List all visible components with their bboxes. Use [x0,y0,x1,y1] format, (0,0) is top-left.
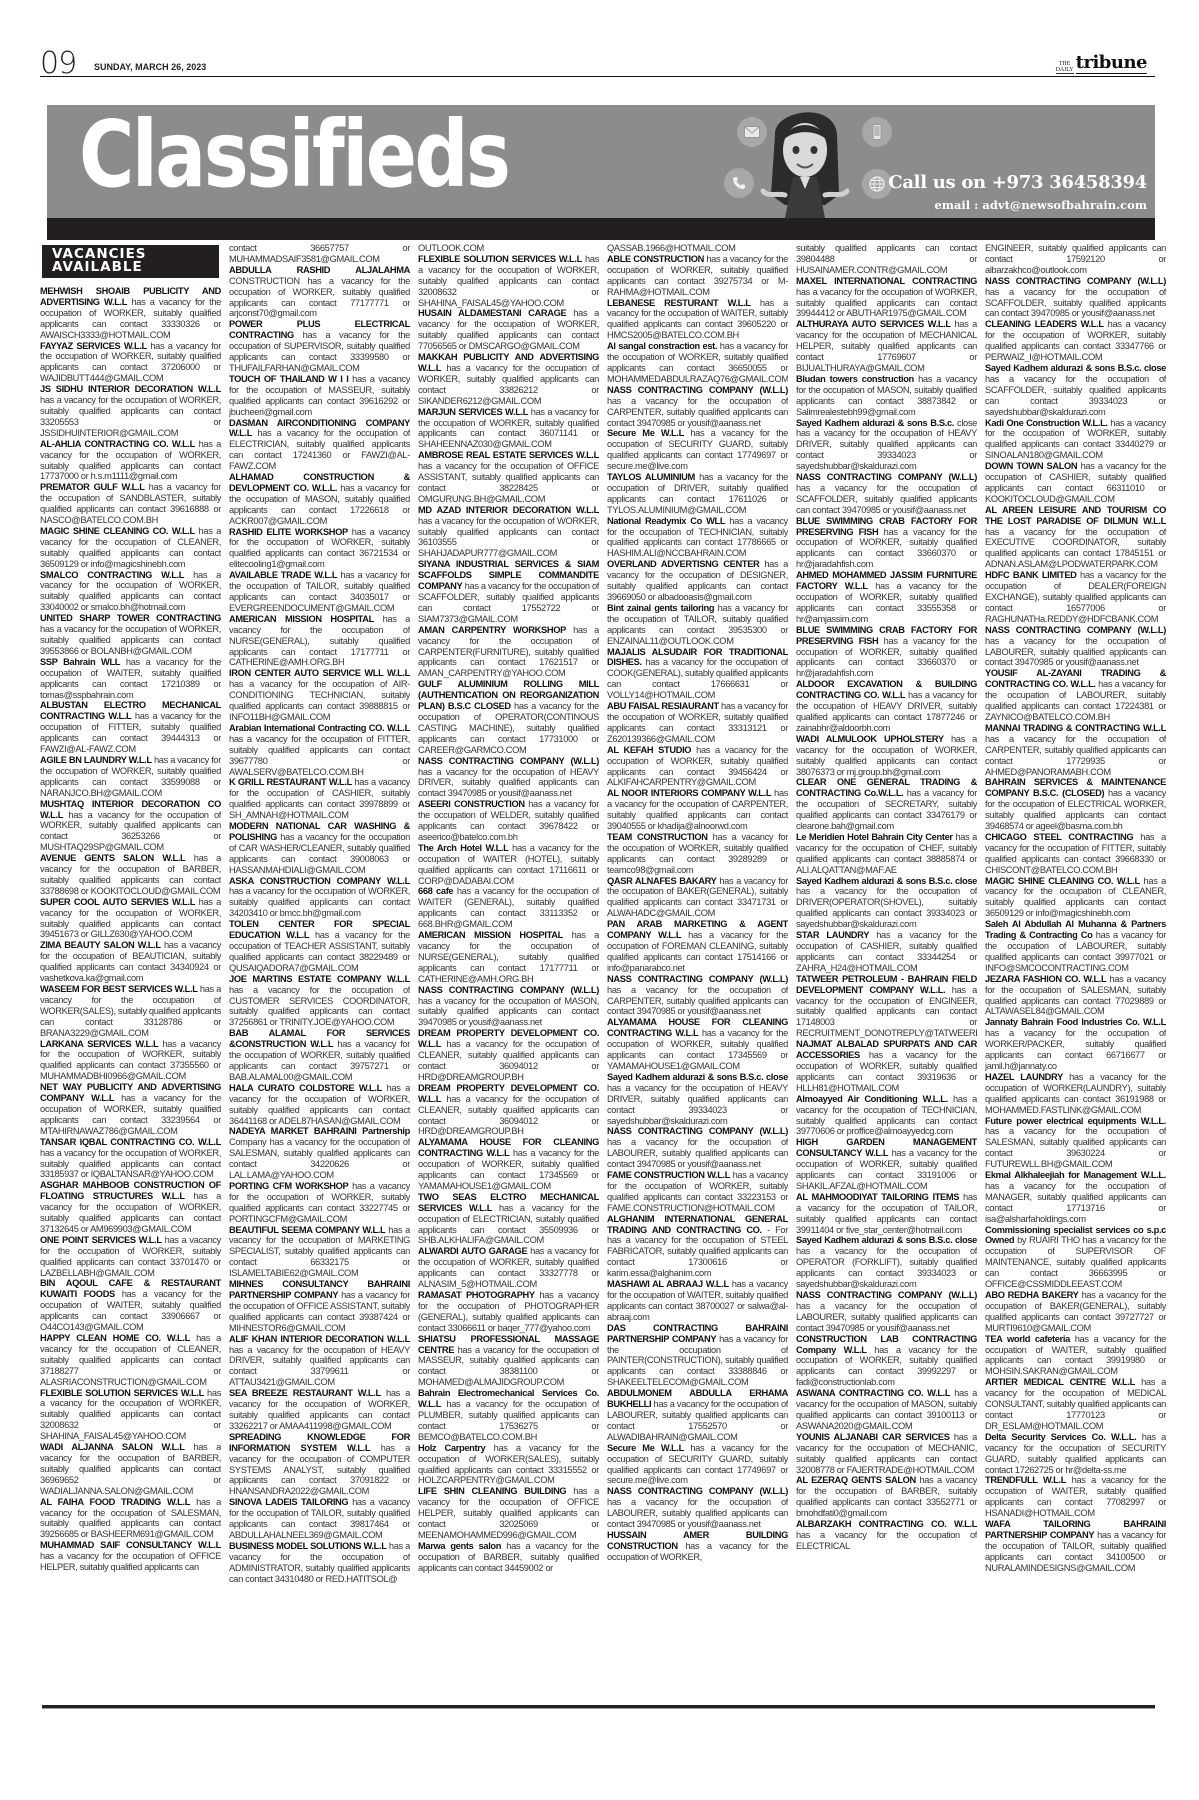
ad-text: has a vacancy for the occupation of PLUM… [418,1399,599,1442]
classified-ad: ABDULLA RASHID ALJALAHMA CONSTRUCTION ha… [229,265,410,320]
classified-ad: WASEEM FOR BEST SERVICES W.L.L has a vac… [40,984,221,1039]
classified-ad: CHICAGO STEEL CONTRACTING has a vacancy … [985,832,1166,876]
company-name: MARJUN SERVICES W.L.L [418,407,528,417]
company-name: ALWARDI AUTO GARAGE [418,1246,527,1256]
ad-text: has a vacancy for the occupation of WORK… [229,886,410,918]
classifieds-banner: Classifieds Call us on +973 36458394 ema… [47,105,1155,218]
company-name: AVENUE GENTS SALON W.L.L [40,853,185,863]
ad-text: has a vacancy for the occupation of WORK… [40,624,221,656]
classified-ad: NASS CONTRACTING COMPANY (W.L.L) has a v… [607,1126,788,1170]
company-name: ABDULLA RASHID ALJALAHMA [229,265,410,275]
company-name: 668 cafe [418,886,453,896]
ad-text: has a vacancy for the occupation of SCAF… [796,483,977,515]
ad-text: has a vacancy for the occupation of CARP… [985,734,1166,777]
classified-ad: ALWARDI AUTO GARAGE has a vacancy for th… [418,1246,599,1290]
classified-ad: BLUE SWIMMING CRAB FACTORY FOR PRESERVIN… [796,625,977,680]
classified-ad: Sayed Kadhem aldurazi & sons B.S.c. clos… [985,363,1166,418]
ad-text: contact 36657757 or MUHAMMADSAIF3581@GMA… [229,243,410,264]
ad-text: has a vacancy for the occupation of WORK… [40,1148,221,1180]
ad-text: has a vacancy for the occupation of CARP… [607,396,788,428]
company-name: Arabian International Contracting CO. W.… [229,723,410,733]
company-name: AMAN CARPENTRY WORKSHOP [418,625,566,635]
ad-text: has a vacancy for the occupation of CUST… [229,985,410,1028]
classified-ad: TATWEER PETROLEUM - BAHRAIN FIELD DEVELO… [796,974,977,1039]
classified-ad: LIFE SHIN CLEANING BUILDING has a vacanc… [418,1486,599,1541]
classified-ad: SPREADING KNOWLEDGE FOR INFORMATION SYST… [229,1432,410,1497]
ad-text: has a vacancy for the occupation of CLEA… [418,1094,599,1137]
classified-ad: MAGIC SHINE CLEANING CO. W.L.L has a vac… [40,526,221,570]
classified-ad: QASSAB.1966@HOTMAIL.COM [607,243,788,254]
company-name: TEA world cafeteria [985,1334,1070,1344]
classified-ad: Secure Me W.L.L has a vacancy for the oc… [607,428,788,472]
classified-ad: DAS CONTRACTING BAHRAINI PARTNERSHIP COM… [607,1323,788,1388]
company-name: TRENDFULL W.L.L [985,1475,1066,1485]
classified-ad: DREAM PROPERTY DEVELOPMENT CO. W.L.L has… [418,1028,599,1083]
ad-text: has a vacancy for the occupation of WORK… [796,287,977,319]
ad-text: has a vacancy for the occupation of ELEC… [229,428,410,471]
classified-ad: OVERLAND ADVERTISNG CENTER has a vacancy… [607,559,788,603]
classified-ad: AHMED MOHAMMED JASSIM FURNITURE FACTORY … [796,570,977,625]
mobile-icon [862,117,892,147]
company-name: TAYLOS ALUMINIUM [607,472,695,482]
cartoon-woman-illustration [755,105,855,218]
company-name: Sayed Kadhem aldurazi & sons B.S.c. clos… [607,1072,788,1082]
company-name: YOUNIS ALJANABI CAR SERVICES [796,1432,950,1442]
company-name: NASS CONTRACTING COMPANY (W.L.L) [985,276,1166,286]
company-name: AL-AHLIA CONTRACTING CO. W.L.L [40,439,195,449]
bottom-rule [42,1705,1155,1709]
ad-text: has a vacancy for the occupation of DRIV… [796,886,977,929]
ad-text: QASSAB.1966@HOTMAIL.COM [607,243,736,253]
section-header: VACANCIES AVAILABLE [42,245,219,278]
company-name: CHICAGO STEEL CONTRACTING [985,832,1133,842]
classified-ad: SIYANA INDUSTRIAL SERVICES & SIAM SCAFFO… [418,559,599,624]
classified-ad: OUTLOOK.COM [418,243,599,254]
classified-ad: ASKA CONSTRUCTION COMPANY W.L.L has a va… [229,876,410,920]
ad-text: has a vacancy for the occupation of SALE… [985,1126,1166,1169]
company-name: Jannaty Bahrain Food Industries Co. W.L.… [985,1017,1166,1027]
ad-text: has a vacancy for the occupation of LABO… [985,636,1166,668]
classified-ad: NASS CONTRACTING COMPANY (W.L.L) has a v… [985,625,1166,669]
classified-ad: ENGINEER, suitably qualified applicants … [985,243,1166,276]
classified-ad: ALYAMAMA HOUSE FOR CLEANING CONTRACTING … [418,1137,599,1192]
company-name: NASS CONTRACTING COMPANY (W.L.L) [418,756,599,766]
classified-ad: NASS CONTRACTING COMPANY (W.L.L) has a v… [796,1290,977,1334]
company-name: Secure Me W.L.L [607,428,684,438]
company-name: AMBROSE REAL ESTATE SERVICES W.L.L [418,450,599,460]
ad-text: ENGINEER, suitably qualified applicants … [985,243,1166,275]
classified-ad: Sayed Kadhem aldurazi & sons B.S.c. clos… [796,418,977,473]
ad-text: has a vacancy for the occupation of OFFI… [418,461,599,504]
company-name: Future power electrical equipments W.L.L… [985,1116,1166,1126]
banner-dark-strip [47,218,1155,240]
classified-ad: ABLE CONSTRUCTION has a vacancy for the … [607,254,788,298]
classified-ad: SINOVA LADEIS TAILORING has a vacancy fo… [229,1497,410,1541]
company-name: Sayed Kadhem aldurazi & sons B.S.c. clos… [985,363,1166,373]
classified-ad: AMBROSE REAL ESTATE SERVICES W.L.L has a… [418,450,599,505]
company-name: NADEYA MARKET BAHRAINI Partnership [229,1126,410,1136]
column-1: VACANCIES AVAILABLE MEHWISH SHOAIB PUBLI… [40,243,221,1703]
classified-ad: AGILE BN LAUNDRY W.L.L has a vacancy for… [40,755,221,799]
classified-ad: AVAILABLE TRADE W.L.L has a vacancy for … [229,570,410,614]
classified-ad: NASS CONTRACTING COMPANY (W.L.L) has a v… [607,1486,788,1530]
classified-ad: FLEXIBLE SOLUTION SERVICES W.L.L has a v… [40,1388,221,1443]
classified-ad: Sayed Kadhem aldurazi & sons B.S.c. clos… [796,876,977,931]
company-name: MANNAI TRADING & CONTRACTING W.L.L [985,723,1166,733]
company-name: Delta Security Services Co. W.L.L. [985,1432,1136,1442]
company-name: AL EZERAQ GENTS SALON [796,1475,916,1485]
classified-ad: 668 cafe has a vacancy for the occupatio… [418,886,599,930]
classified-ad: GULF ALUMINIUM ROLLING MILL (AUTHENTICAT… [418,679,599,755]
classified-ad: TEA world cafeteria has a vacancy for th… [985,1334,1166,1378]
company-name: ASWANA CONTRACTING CO. W.L.L [796,1388,950,1398]
classified-ad: Arabian International Contracting CO. W.… [229,723,410,778]
classified-ad: ONE POINT SERVICES W.L.L has a vacancy f… [40,1235,221,1279]
classified-ad: SSP Bahrain WLL has a vacancy for the oc… [40,657,221,701]
company-name: ALIF KHAN INTERIOR DECORATION W.L.L [229,1334,410,1344]
company-name: ASKA CONSTRUCTION COMPANY W.L.L [229,876,410,886]
classified-ad: MD AZAD INTERIOR DECORATION W.L.L has a … [418,505,599,560]
company-name: ZIMA BEAUTY SALON W.L.L [40,940,161,950]
company-name: LARKANA SERVICES W.L.L [40,1039,158,1049]
classified-ad: IRON CENTER AUTO SERVICE WLL W.L.L has a… [229,668,410,723]
classified-ad: DOWN TOWN SALON has a vacancy for the oc… [985,461,1166,505]
company-name: WADI ALMULOOK UPHOLSTERY [796,734,944,744]
classified-ad: NASS CONTRACTING COMPANY (W.L.L) has a v… [418,985,599,1029]
company-name: LEBANESE RESTURANT W.L.L [607,298,751,308]
classified-ad: Bint zainal gents tailoring has a vacanc… [607,603,788,647]
company-name: Secure Me W.L.L [607,1443,684,1453]
classified-ad: DASMAN AIRCONDITIONING COMPANY W.L.L has… [229,418,410,473]
classified-ad: TOLEN CENTER FOR SPECIAL EDUCATION W.L.L… [229,919,410,974]
classified-ad: JOE MARTINS ESTATE COMPANY W.L.L has a v… [229,974,410,1029]
ad-text: has a vacancy for the occupation of OFFI… [40,1551,221,1572]
company-name: TEAM CONSTRUCTION [607,832,708,842]
company-name: UNITED SHARP TOWER CONTRACTING [40,613,221,623]
classified-ad: ABDULMONEM ABDULLA ERHAMA BUKHELLI has a… [607,1388,788,1443]
company-name: Sayed Kadhem aldurazi & sons B.S.c. clos… [796,1235,977,1245]
classified-ad: K GRILL RESTAURANT W.L.L has a vacancy f… [229,777,410,821]
classified-ad: ALYAMAMA HOUSE FOR CLEANING CONTRACTING … [607,1017,788,1072]
company-name: WADI ALJANNA SALON W.L.L [40,1442,185,1452]
classified-ad: DREAM PROPERTY DEVELOPMENT CO. W.L.L has… [418,1083,599,1138]
ad-text: has a vacancy for the occupation of EXEC… [985,527,1166,570]
newspaper-logo: THE DAILY tribune [1056,52,1147,74]
classified-ad: contact 36657757 or MUHAMMADSAIF3581@GMA… [229,243,410,265]
company-name: Al sangal constraction est. [607,341,717,351]
classified-ad: ALIF KHAN INTERIOR DECORATION W.L.L has … [229,1334,410,1389]
classified-ad: AL NOOR INTERIORS COMPANY W.L.L has a va… [607,788,788,832]
company-name: QASR ALNAFES BAKARY [607,876,717,886]
classified-ad: NAJMAT ALBALAD SPURPATS AND CAR ACCESSOR… [796,1039,977,1094]
classified-ad: ALDOOR EXCAVATION & BUILDING CONTRACTING… [796,679,977,734]
company-name: MUHAMMAD SAIF CONSULTANCY W.L.L [40,1540,221,1550]
classified-ad: NET WAY PUBLICITY AND ADVERTISING COMPAN… [40,1082,221,1137]
classified-ad: TEAM CONSTRUCTION has a vacancy for the … [607,832,788,876]
ad-text: has a vacancy for the occupation of MANA… [985,1181,1166,1224]
classified-ad: STAR LAUNDRY has a vacancy for the occup… [796,930,977,974]
ad-text: Company has a vacancy for the occupation… [229,1137,410,1180]
column-5: suitably qualified applicants can contac… [796,243,977,1703]
company-name: AL FAIHA FOOD TRADING W.L.L [40,1497,190,1507]
company-name: HAZEL LAUNDRY [985,1072,1063,1082]
classified-ad: ALBUSTAN ELECTRO MECHANICAL CONTRACTING … [40,700,221,755]
company-name: HAPPY CLEAN HOME CO. W.L.L [40,1333,190,1343]
classified-ad: BUSINESS MODEL SOLUTIONS W.L.L has a vac… [229,1541,410,1585]
classified-columns: VACANCIES AVAILABLE MEHWISH SHOAIB PUBLI… [40,243,1155,1703]
classified-ad: Marwa gents salon has a vacancy for the … [418,1541,599,1574]
classified-ad: AL KEFAH STUDIO has a vacancy for the oc… [607,745,788,789]
classified-ad: NASS CONTRACTING COMPANY (W.L.L) has a v… [607,385,788,429]
ad-text: OUTLOOK.COM [418,243,484,253]
company-name: JS SIDHU INTERIOR DECORATION W.L.L [40,384,221,394]
company-name: AL KEFAH STUDIO [607,745,691,755]
classified-ad: MASHAWI AL ABRAAJ W.L.L has a vacancy fo… [607,1279,788,1323]
ad-text: has a vacancy for the occupation of CLEA… [418,1039,599,1082]
company-name: ALTHURAYA AUTO SERVICES W.L.L [796,319,951,329]
company-name: Le Meridien Hotel Bahrain City Center [796,832,953,842]
masthead: 09 SUNDAY, MARCH 26, 2023 THE DAILY trib… [40,52,1155,77]
ad-text: suitably qualified applicants can contac… [796,243,977,275]
call-us-phone: Call us on +973 36458394 [888,172,1147,193]
classified-ad: HAPPY CLEAN HOME CO. W.L.L has a vacancy… [40,1333,221,1388]
logo-main-text: tribune [1076,52,1147,74]
classified-ad: Commissioning specialist services co s.p… [985,1225,1166,1290]
classified-ad: PAN ARAB MARKETING & AGENT COMPANY W.L.L… [607,919,788,974]
classified-ad: CLEAR ONE GENERAL TRADING & CONTRACTING … [796,777,977,832]
classified-ad: Al sangal constraction est. has a vacanc… [607,341,788,385]
page-date: SUNDAY, MARCH 26, 2023 [94,62,206,72]
classified-ad: MAJALIS ALSUDAIR FOR TRADITIONAL DISHES.… [607,647,788,702]
classified-ad: AMERICAN MISSION HOSPITAL has a vacancy … [229,614,410,669]
classified-ad: AL-AHLIA CONTRACTING CO. W.L.L has a vac… [40,439,221,483]
ad-text: has a vacancy for the occupation of AIR-… [229,679,410,722]
company-name: ABLE CONSTRUCTION [607,254,704,264]
classified-ad: MAXEL INTERNATIONAL CONTRACTING has a va… [796,276,977,320]
classified-ad: MAGIC SHINE CLEANING CO. W.L.L has a vac… [985,876,1166,920]
column-2: contact 36657757 or MUHAMMADSAIF3581@GMA… [229,243,410,1703]
company-name: MAGIC SHINE CLEANING CO. W.L.L [985,876,1140,886]
company-name: TOUCH OF THAILAND W I I [229,374,348,384]
ad-text: has a vacancy for the occupation of HEAV… [418,767,599,799]
classified-ad: AL AREEN LEISURE AND TOURISM CO THE LOST… [985,505,1166,570]
company-name: AVAILABLE TRADE W.L.L [229,570,337,580]
classified-ad: FAME CONSTRUCTION W.L.L has a vacancy fo… [607,1170,788,1214]
classified-ad: SUPER COOL AUTO SERVIES W.L.L has a vaca… [40,897,221,941]
classified-ad: ARTIER MEDICAL CENTRE W.L.L has a vacanc… [985,1377,1166,1432]
classified-ad: TANSAR IQBAL CONTRACTING CO. W.L.L has a… [40,1137,221,1181]
company-name: PREMATOR GULF W.L.L [40,482,145,492]
classified-ad: Bahrain Electromechanical Services Co. W… [418,1388,599,1443]
classified-ad: NADEYA MARKET BAHRAINI Partnership Compa… [229,1126,410,1181]
classified-ad: National Readymix Co WLL has a vacancy f… [607,516,788,560]
company-name: ONE POINT SERVICES W.L.L [40,1235,162,1245]
company-name: SSP Bahrain WLL [40,657,120,667]
company-name: K GRILL RESTAURANT W.L.L [229,777,352,787]
classified-ad: TOUCH OF THAILAND W I I has a vacancy fo… [229,374,410,418]
ad-text: has a vacancy for the occupation of LABO… [796,1301,977,1333]
ad-text: has a vacancy for the occupation of MASO… [418,996,599,1028]
company-name: BEAUTIFUL SEEMA COMPANY W.L.L [229,1225,385,1235]
company-name: The Arch Hotel W.L.L [418,843,508,853]
classified-ad: BAB ALAMAL FOR SERVICES &CONSTRUCTION W.… [229,1028,410,1083]
ad-text: has a vacancy for the occupation of WORK… [985,1028,1166,1071]
company-name: ABU FAISAL RESIAURANT [607,701,719,711]
company-name: TANSAR IQBAL CONTRACTING CO. W.L.L [40,1137,221,1147]
company-name: FLEXIBLE SOLUTION SERVICES W.L.L [418,254,582,264]
ad-text: has a vacancy for the occupation of CARP… [607,985,788,1017]
classified-ad: LARKANA SERVICES W.L.L has a vacancy for… [40,1039,221,1083]
company-name: RASHID ELITE WORKSHOP [229,527,348,537]
ad-text: has a vacancy for the occupation of WORK… [40,395,221,438]
column-4: QASSAB.1966@HOTMAIL.COMABLE CONSTRUCTION… [607,243,788,1703]
classified-ad: CLEANING LEADERS W.L.L has a vacancy for… [985,319,1166,363]
company-name: WASEEM FOR BEST SERVICES W.L.L [40,984,198,994]
company-name: Ekmal Alkhaleejiah for Management W.L.L. [985,1170,1166,1180]
company-name: NASS CONTRACTING COMPANY (W.L.L) [607,974,788,984]
classified-ad: Kadi One Construction W.L.L. has a vacan… [985,418,1166,462]
classified-ad: Almoayyed Air Conditioning W.L.L. has a … [796,1094,977,1138]
classified-ad: ALBARZAKH CONTRACTING CO. W.L.L has a va… [796,1519,977,1552]
company-name: Bint zainal gents tailoring [607,603,714,613]
classified-ad: HUSSAIN AMER BUILDING CONSTRUCTION has a… [607,1530,788,1563]
ad-text: has a vacancy for the occupation of OPER… [796,1246,977,1289]
company-name: ARTIER MEDICAL CENTRE W.L.L [985,1377,1135,1387]
classified-ad: HIGH GARDEN MANAGEMENT CONSULTANCY W.L.L… [796,1137,977,1192]
phone-icon [724,168,754,198]
ad-text: has a vacancy for the occupation of SCAF… [985,374,1166,417]
company-name: CLEANING LEADERS W.L.L [985,319,1104,329]
company-name: SEA BREEZE RESTAURANT W.L.L [229,1388,381,1398]
classified-ad: MUSHTAQ INTERIOR DECORATION CO W.L.L has… [40,799,221,854]
classified-ad: ZIMA BEAUTY SALON W.L.L has a vacancy fo… [40,940,221,984]
classified-ad: AVENUE GENTS SALON W.L.L has a vacancy f… [40,853,221,897]
company-name: FLEXIBLE SOLUTION SERVICES W.L.L [40,1388,204,1398]
company-name: Sayed Kadhem aldurazi & sons B.S.c. clos… [796,876,977,886]
classified-ad: NASS CONTRACTING COMPANY (W.L.L) has a v… [796,472,977,516]
classified-ad: Sayed Kadhem aldurazi & sons B.S.c. clos… [607,1072,788,1127]
classified-ad: ALTHURAYA AUTO SERVICES W.L.L has a vaca… [796,319,977,374]
company-name: AGILE BN LAUNDRY W.L.L [40,755,152,765]
classified-ad: PORTING CFM WORKSHOP has a vacancy for t… [229,1181,410,1225]
classified-ad: RAMASAT PHOTOGRAPHY has a vacancy for th… [418,1290,599,1334]
company-name: STAR LAUNDRY [796,930,869,940]
classified-ad: WADI ALJANNA SALON W.L.L has a vacancy f… [40,1442,221,1497]
classified-ad: AMAN CARPENTRY WORKSHOP has a vacancy fo… [418,625,599,680]
classified-ad: AL EZERAQ GENTS SALON has a vacancy for … [796,1475,977,1519]
company-name: HDFC BANK LIMITED [985,570,1077,580]
classified-ad: AL MAHMOODIYAT TAILORING ITEMS has a vac… [796,1192,977,1236]
ad-text: has a vacancy for the occupation of WORK… [418,516,599,559]
classified-ad: Jannaty Bahrain Food Industries Co. W.L.… [985,1017,1166,1072]
classified-ad: HALA CURATO COLDSTORE W.L.L has a vacanc… [229,1083,410,1127]
company-name: AMERICAN MISSION HOSPITAL [418,930,563,940]
ad-text: has a vacancy for the occupation of LABO… [607,1137,788,1169]
classified-ad: ALHAMAD CONSTRUCTION & DEVLOPMENT CO. W.… [229,472,410,527]
classified-ad: WADI ALMULOOK UPHOLSTERY has a vacancy f… [796,734,977,778]
company-name: NASS CONTRACTING COMPANY (W.L.L) [607,385,788,395]
page-number: 09 [40,46,76,81]
company-name: RAMASAT PHOTOGRAPHY [418,1290,535,1300]
classified-ad: BEAUTIFUL SEEMA COMPANY W.L.L has a vaca… [229,1225,410,1280]
company-name: AL AREEN LEISURE AND TOURISM CO THE LOST… [985,505,1166,526]
company-name: FAYYAZ SERVICES W.L.L [40,341,147,351]
classified-ad: MAKKAH PUBLICITY AND ADVERTISING W.L.L h… [418,352,599,407]
classified-ad: HUSAIN ALDAMESTANI CARAGE has a vacancy … [418,308,599,352]
company-name: DOWN TOWN SALON [985,461,1077,471]
classified-ad: FAYYAZ SERVICES W.L.L has a vacancy for … [40,341,221,385]
classified-ad: UNITED SHARP TOWER CONTRACTING has a vac… [40,613,221,657]
classified-ad: MARJUN SERVICES W.L.L has a vacancy for … [418,407,599,451]
ad-text: has a vacancy for the occupation of FITT… [229,734,410,777]
ad-text: has a vacancy for the occupation of HEAV… [229,1345,410,1388]
classified-ad: MEHWISH SHOAIB PUBLICITY AND ADVERTISING… [40,286,221,341]
classified-ad: QASR ALNAFES BAKARY has a vacancy for th… [607,876,788,920]
classified-ad: HAZEL LAUNDRY has a vacancy for the occu… [985,1072,1166,1116]
classified-ad: Future power electrical equipments W.L.L… [985,1116,1166,1171]
ad-text: has a vacancy for the occupation of WORK… [418,363,599,406]
classified-ad: Holz Carpentry has a vacancy for the occ… [418,1443,599,1487]
company-name: NASS CONTRACTING COMPANY (W.L.L) [985,625,1166,635]
classified-ad: Le Meridien Hotel Bahrain City Center ha… [796,832,977,876]
company-name: SMALCO CONTRACTING W.L.L [40,570,184,580]
ad-text: has a vacancy for the occupation of WORK… [40,810,221,853]
company-name: HALA CURATO COLDSTORE W.L.L [229,1083,382,1093]
classified-ad: BLUE SWIMMING CRAB FACTORY FOR PRESERVIN… [796,516,977,571]
company-name: BUSINESS MODEL SOLUTIONS W.L.L [229,1541,387,1551]
classified-ad: FLEXIBLE SOLUTION SERVICES W.L.L has a v… [418,254,599,309]
company-name: NASS CONTRACTING COMPANY (W.L.L) [418,985,599,995]
company-name: NASS CONTRACTING COMPANY (W.L.L) [796,1290,977,1300]
classified-ad: ASWANA CONTRACTING CO. W.L.L has a vacan… [796,1388,977,1432]
classified-ad: YOUSIF AL-ZAYANI TRADING & CONTRACTING C… [985,668,1166,723]
company-name: JOE MARTINS ESTATE COMPANY W.L.L [229,974,410,984]
classified-ad: Ekmal Alkhaleejiah for Management W.L.L.… [985,1170,1166,1225]
classified-ad: BIN AQOUL CAFE & RESTAURANT KUWAITI FOOD… [40,1278,221,1333]
company-name: AMERICAN MISSION HOSPITAL [229,614,374,624]
company-name: SINOVA LADEIS TAILORING [229,1497,348,1507]
contact-email: email : advt@newsofbahrain.com [934,198,1147,212]
company-name: NASS CONTRACTING COMPANY (W.L.L) [607,1486,788,1496]
company-name: Bludan towers construction [796,374,914,384]
classified-ad: MANNAI TRADING & CONTRACTING W.L.L has a… [985,723,1166,778]
company-name: FAME CONSTRUCTION W.L.L [607,1170,730,1180]
classified-ad: Secure Me W.L.L has a vacancy for the oc… [607,1443,788,1487]
company-name: Sayed Kadhem aldurazi & sons B.S.c. [796,418,954,428]
classified-ad: ABO REDHA BAKERY has a vacancy for the o… [985,1290,1166,1334]
column-3: OUTLOOK.COMFLEXIBLE SOLUTION SERVICES W.… [418,243,599,1703]
classified-ad: ABU FAISAL RESIAURANT has a vacancy for … [607,701,788,745]
company-name: Holz Carpentry [418,1443,485,1453]
company-name: National Readymix Co WLL [607,516,725,526]
company-name: ALBARZAKH CONTRACTING CO. W.L.L [796,1519,977,1529]
ad-text: has a vacancy for the occupation of HEAV… [607,1083,788,1126]
classified-ad: ALGHANIM INTERNATIONAL GENERAL TRADING A… [607,1214,788,1279]
classified-ad: suitably qualified applicants can contac… [796,243,977,276]
company-name: JEZARA FASHION CO. W.L.L [985,974,1106,984]
company-name: Kadi One Construction W.L.L. [985,418,1108,428]
classified-ad: Saleh Al Abdullah Al Muhanna & Partners … [985,919,1166,974]
company-name: MD AZAD INTERIOR DECORATION W.L.L [418,505,599,515]
company-name: IRON CENTER AUTO SERVICE WLL W.L.L [229,668,410,678]
classified-ad: SMALCO CONTRACTING W.L.L has a vacancy f… [40,570,221,614]
company-name: MAGIC SHINE CLEANING CO. W.L.L [40,526,195,536]
classified-ad: SEA BREEZE RESTAURANT W.L.L has a vacanc… [229,1388,410,1432]
classified-ad: RASHID ELITE WORKSHOP has a vacancy for … [229,527,410,571]
classified-ad: ASGHAR MAHBOOB CONSTRUCTION OF FLOATING … [40,1180,221,1235]
company-name: MASHAWI AL ABRAAJ W.L.L [607,1279,729,1289]
ad-text: has a vacancy for the occupation of ELEC… [796,1530,977,1551]
